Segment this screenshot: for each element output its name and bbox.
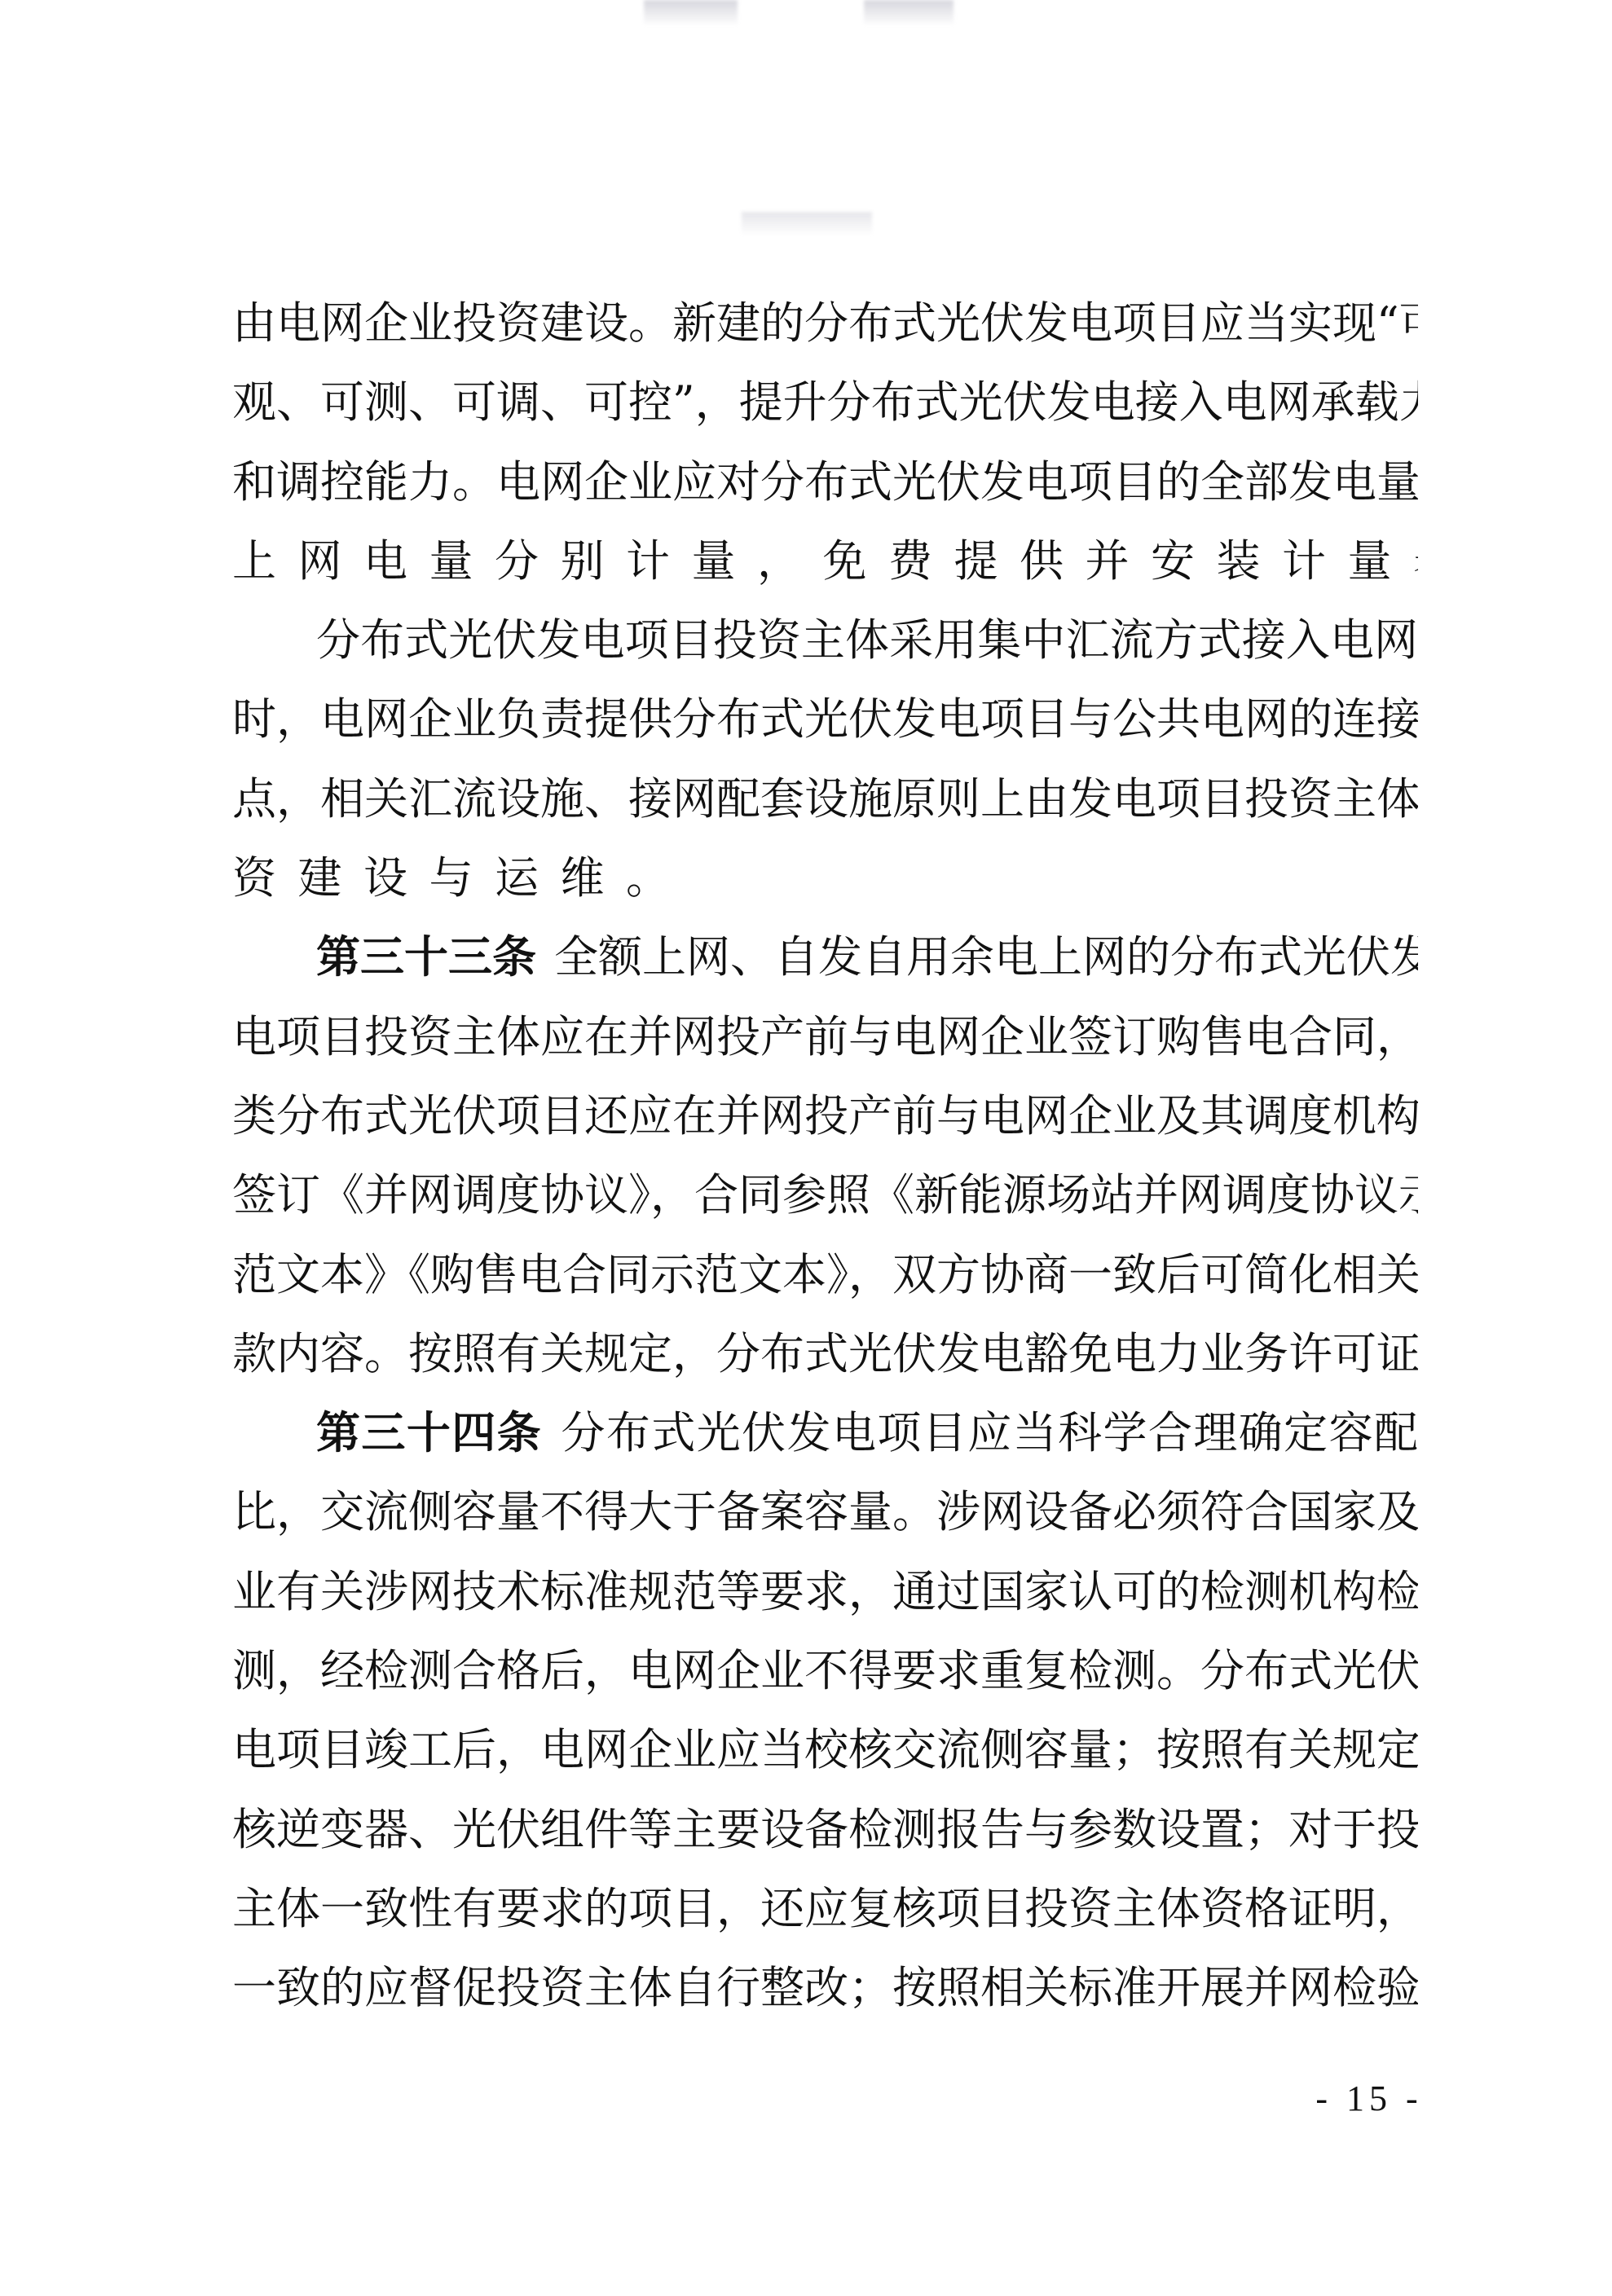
text-line: 一致的应督促投资主体自行整改；按照相关标准开展并网检验， — [232, 1948, 1418, 2027]
document-body: 由电网企业投资建设。新建的分布式光伏发电项目应当实现“可 观、可测、可调、可控”… — [232, 284, 1418, 2028]
paragraph: 由电网企业投资建设。新建的分布式光伏发电项目应当实现“可 观、可测、可调、可控”… — [232, 284, 1418, 600]
text-line: 和调控能力。电网企业应对分布式光伏发电项目的全部发电量、 — [232, 442, 1418, 521]
article-heading: 第三十三条 — [316, 931, 536, 983]
scan-artifact — [644, 0, 738, 24]
text-line: 业有关涉网技术标准规范等要求，通过国家认可的检测机构检 — [232, 1552, 1418, 1631]
text-line: 第三十三条全额上网、自发自用余电上网的分布式光伏发 — [232, 917, 1418, 996]
scan-artifact — [742, 212, 872, 235]
text-line: 主体一致性有要求的项目，还应复核项目投资主体资格证明，不 — [232, 1869, 1418, 1948]
text-line: 分布式光伏发电项目投资主体采用集中汇流方式接入电网 — [232, 600, 1418, 680]
text-line: 款内容。按照有关规定，分布式光伏发电豁免电力业务许可证。 — [232, 1314, 1418, 1393]
text-line-content: 分布式光伏发电项目应当科学合理确定容配 — [560, 1407, 1418, 1458]
article-heading: 第三十四条 — [316, 1407, 542, 1458]
text-line: 比，交流侧容量不得大于备案容量。涉网设备必须符合国家及行 — [232, 1472, 1418, 1551]
text-line-content: 全额上网、自发自用余电上网的分布式光伏发 — [554, 931, 1418, 983]
text-line: 核逆变器、光伏组件等主要设备检测报告与参数设置；对于投资 — [232, 1790, 1418, 1869]
text-line: 类分布式光伏项目还应在并网投产前与电网企业及其调度机构 — [232, 1076, 1418, 1155]
article-34: 第三十四条分布式光伏发电项目应当科学合理确定容配 比，交流侧容量不得大于备案容量… — [232, 1393, 1418, 2027]
article-33: 第三十三条全额上网、自发自用余电上网的分布式光伏发 电项目投资主体应在并网投产前… — [232, 917, 1418, 1393]
text-line: 点，相关汇流设施、接网配套设施原则上由发电项目投资主体投 — [232, 759, 1418, 838]
text-line: 范文本》《购售电合同示范文本》，双方协商一致后可简化相关条 — [232, 1235, 1418, 1314]
text-line: 电项目竣工后，电网企业应当校核交流侧容量；按照有关规定复 — [232, 1710, 1418, 1789]
text-line: 测，经检测合格后，电网企业不得要求重复检测。分布式光伏发 — [232, 1631, 1418, 1710]
text-line: 由电网企业投资建设。新建的分布式光伏发电项目应当实现“可 — [232, 284, 1418, 363]
text-line: 资建设与运维。 — [232, 838, 1418, 917]
text-line: 签订《并网调度协议》，合同参照《新能源场站并网调度协议示 — [232, 1155, 1418, 1234]
text-line: 上网电量分别计量，免费提供并安装计量表计。 — [232, 521, 1418, 600]
text-line: 观、可测、可调、可控”，提升分布式光伏发电接入电网承载力 — [232, 363, 1418, 442]
text-line: 时，电网企业负责提供分布式光伏发电项目与公共电网的连接 — [232, 680, 1418, 759]
text-line: 第三十四条分布式光伏发电项目应当科学合理确定容配 — [232, 1393, 1418, 1472]
text-line: 电项目投资主体应在并网投产前与电网企业签订购售电合同，各 — [232, 997, 1418, 1076]
paragraph: 分布式光伏发电项目投资主体采用集中汇流方式接入电网 时，电网企业负责提供分布式光… — [232, 600, 1418, 917]
scan-artifact — [864, 0, 954, 24]
page-number: - 15 - — [1304, 2078, 1434, 2119]
